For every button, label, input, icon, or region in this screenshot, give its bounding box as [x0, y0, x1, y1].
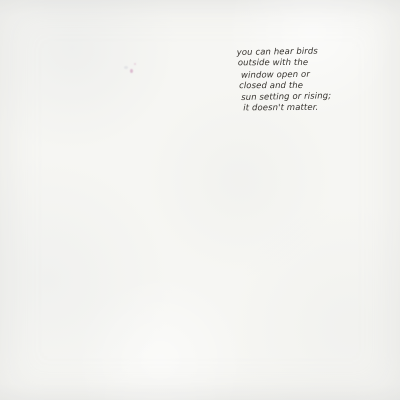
note-line: outside with the — [238, 58, 347, 70]
ink-speck — [130, 69, 133, 73]
handwritten-note: you can hear birds outside with the wind… — [237, 46, 348, 115]
paper-background: you can hear birds outside with the wind… — [0, 0, 400, 400]
ink-speck — [124, 66, 128, 69]
ink-speck — [134, 63, 136, 65]
note-line: window open or — [241, 69, 347, 82]
note-line: it doesn't matter. — [243, 103, 347, 115]
